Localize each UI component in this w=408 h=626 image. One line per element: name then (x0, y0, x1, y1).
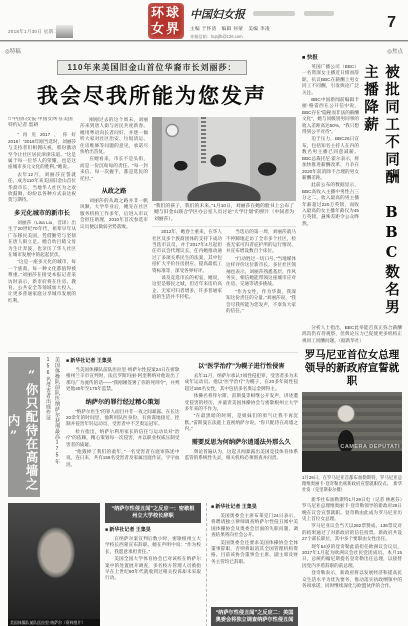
main-column-2: 刚刚过去的这个周末，刘丽莎来到唐人街与居民共度新春。她用粤语向长者问好，并逐一倾… (80, 117, 148, 348)
nassar-col1-text: 当美国体操队前队医拉里·纳萨尔性侵案24日在密歇根州兰辛市宣判时，法官罗斯玛丽·… (66, 367, 180, 393)
article-romania-pm: 罗马尼亚首位女总理 领导的新政府宣誓就职 CAMERA DEPUTATI 1月2… (302, 349, 402, 626)
reaction1-text: 在纳萨尔案宣判后数小时，密歇根州立大学校长西蒙宣布辞职。她在声明中说：“作为校长… (105, 536, 201, 583)
issue-date: 2018年1月30日 星期二 (8, 29, 58, 35)
paper-name: 中国妇女报 (190, 8, 245, 21)
main-photo-block: “我们的孩子，我们的未来。”1月10日，刘丽莎在她的脸书上公布了她与旧金山联合学… (152, 117, 296, 348)
nassar-photo-caption: 美国体操队前队医拉里·纳萨尔（资料图片） (8, 619, 100, 626)
newspaper-page: 2018年1月30日 星期二 环球 女界 中国妇女报 主编 于怀清 编辑 何蒙 … (0, 0, 408, 626)
reaction2-title-box: “纳萨尔性侵丑闻”之反应二：美国奥委会将独立调查纳萨尔性侵丑闻 (211, 607, 298, 626)
main-column-3: 2012年，她卷土重来，在华人社区及多个族裔团体的支持下成功当选市议员，并于20… (152, 229, 222, 347)
weather-block (56, 25, 73, 38)
main-col2-text: 刚刚过去的这个周末，刘丽莎来到唐人街与居民共度新春。她用粤语向长者问好，并逐一倾… (80, 117, 148, 182)
reaction1-byline: ■ 新华社记者 王集旻 (105, 526, 201, 533)
nassar-byline: ■ 新华社记者 王集旻 (66, 357, 180, 364)
flag-decoration (201, 117, 206, 163)
nassar-portrait-photo: 美国体操队前队医拉里·纳萨尔（资料图片） (8, 503, 100, 626)
main-subhead-2: 从政之路 (80, 186, 148, 195)
main-column-4: 当选后的第一周，刘丽莎就马不停蹄地走访了全市多个社区，检查无家可归者庇护所的运行… (226, 229, 296, 347)
nassar-subhead-2: 以“医学治疗”为幌子进行性侵害 (185, 361, 299, 370)
logo-line2: 女界 (148, 21, 184, 37)
article-mayor-liu: 110年来美国旧金山首位华裔市长刘丽莎： 我会尽我所能为您发声 □ 中国妇女报·… (8, 57, 296, 348)
masthead-decoration (253, 11, 295, 16)
romania-headline-line2: 领导的新政府宣誓就职 (302, 362, 402, 388)
romania-body-text: 新华社布加勒斯特1月29日电（记者 林惠芬）罗马尼亚总理维奥丽卡·登奇勒领导的新… (302, 497, 402, 590)
page-header: 2018年1月30日 星期二 环球 女界 中国妇女报 主编 于怀清 编辑 何蒙 … (0, 0, 408, 42)
main-headline: 我会尽我所能为您发声 (8, 80, 296, 110)
main-byline: □ 中国妇女报·中国女网 驻美国特约记者 墨耕 (8, 117, 76, 129)
rail-column-label: ■ 快报 (302, 53, 402, 61)
bbc-bottom-text: 分析人士指出，BBC此举能否真正弥合薪酬鸿沟仍有待观察，但舆论压力已促使更多机构… (302, 325, 402, 344)
main-col1b-text: 刘丽莎（Lisa Liu，音译）出生于20世纪70年代，祖辈早年从广东移民美国，… (8, 220, 76, 304)
bbc-vertical-headline: 被批同工不同酬 BBC数名男主播降薪 (360, 64, 402, 322)
nassar-column-2: 以“医学治疗”为幌子进行性侵害 去年11月，纳萨尔承认7项性侵犯罪，受害者多为未… (185, 357, 299, 499)
reaction2-text: 美国奥委会主席布莱克门24日表示，将聘请独立律师调查纳萨尔性侵丑闻中美国体操协会… (211, 513, 298, 566)
romania-pm-photo: CAMERA DEPUTATI (302, 392, 402, 472)
nassar-col2-text: 去年11月，纳萨尔承认7项性侵犯罪，受害者多为未成年运动员。他以“医学治疗”为幌… (185, 373, 299, 433)
article-bbc-pay: ■ 快报 英国广播公司（BBC）一名资深女主播近日愤而辞职，抗议BBC在薪酬上男… (302, 53, 402, 345)
nassar-subhead-1: 纳萨尔的罪行经过精心策划 (66, 397, 180, 406)
reaction1-title-box: “纳萨尔性侵丑闻”之反应一：密歇根州立大学校长辞职 (105, 503, 201, 523)
main-photo-caption: “我们的孩子，我们的未来。”1月10日，刘丽莎在她的脸书上公布了她与旧金山联合学… (152, 201, 296, 227)
bbc-body-text: 英国广播公司（BBC）一名资深女主播近日愤而辞职，抗议BBC在薪酬上男女同工不同… (302, 64, 359, 322)
article-kicker: 110年来美国旧金山首位华裔市长刘丽莎： (57, 60, 248, 75)
main-col2b-text: 刘丽莎的从政之路并非一帆风顺。大学毕业后，她先在社区服务机构工作多年，后进入市议… (80, 198, 148, 230)
main-column-1: □ 中国妇女报·中国女网 驻美国特约记者 墨耕 “再见2017，你好2018！”… (8, 117, 76, 348)
page-number: 7 (387, 14, 396, 32)
header-rule (0, 40, 408, 42)
reaction2-byline: ■ 新华社记者 王集旻 (211, 503, 298, 510)
romania-photo-caption: 1月29日，在罗马尼亚首都布加勒斯特，罗马尼亚总理维奥丽卡·登奇勒出席新政府宣誓… (302, 475, 402, 493)
nassar-vertical-headline: “你只配待在高墙之内” (8, 357, 40, 497)
global-women-logo: 环球 女界 (148, 3, 184, 39)
nassar-col2b-text: 舆论普遍认为，这起丑闻暴露出美国竞技体育体系监管的系统性失灵，相关机构必须彻查并… (185, 449, 299, 462)
nassar-column-1: ■ 新华社记者 王集旻 当美国体操队前队医拉里·纳萨尔性侵案24日在密歇根州兰辛… (66, 357, 180, 499)
logo-line1: 环球 (148, 5, 184, 21)
photo-watermark-text: CAMERA DEPUTATI (340, 444, 400, 450)
nassar-reaction2-column: ■ 新华社记者 王集旻 美国奥委会主席布莱克门24日表示，将聘请独立律师调查纳萨… (206, 503, 298, 626)
main-subhead-1: 多元化城市的新市长 (8, 208, 76, 217)
staff-line: 主编 于怀清 编辑 何蒙 美编 李凌 (190, 26, 360, 32)
romania-headline-line1: 罗马尼亚首位女总理 (302, 349, 402, 362)
nassar-reaction1-column: “纳萨尔性侵丑闻”之反应一：密歇根州立大学校长辞职 ■ 新华社记者 王集旻 在纳… (105, 503, 201, 626)
masthead: 中国妇女报 主编 于怀清 编辑 何蒙 美编 李凌 来稿信箱：hqnjfb@126… (190, 5, 360, 40)
nassar-col1b-text: “纳萨尔医生”的罪人面目并非一夜之间暴露。在长达20余年的时间里，他利用队医身份… (66, 409, 180, 469)
mayor-office-photo (152, 117, 296, 201)
masthead-decoration (304, 11, 334, 16)
nassar-subtitle: 156名受害者出庭作证 美国体操队前队医纳萨尔获刑最高175年 (45, 357, 61, 499)
article-nassar-case: “你只配待在高墙之内” 156名受害者出庭作证 美国体操队前队医纳萨尔获刑最高1… (8, 352, 298, 626)
nassar-subhead-3: 需要反思为何纳萨尔逍遥法外那么久 (185, 437, 299, 446)
nassar-subtitle-line1: 156名受害者出庭作证 (45, 357, 52, 497)
section-marker-left: ◎特稿 (5, 47, 21, 55)
nassar-subtitle-line2: 美国体操队前队医纳萨尔获刑最高175年 (54, 357, 61, 497)
main-col1-text: “再见2017，你好2018！”2016年刚当选时，刘丽莎与支持者们相拥庆祝，那… (8, 132, 76, 203)
